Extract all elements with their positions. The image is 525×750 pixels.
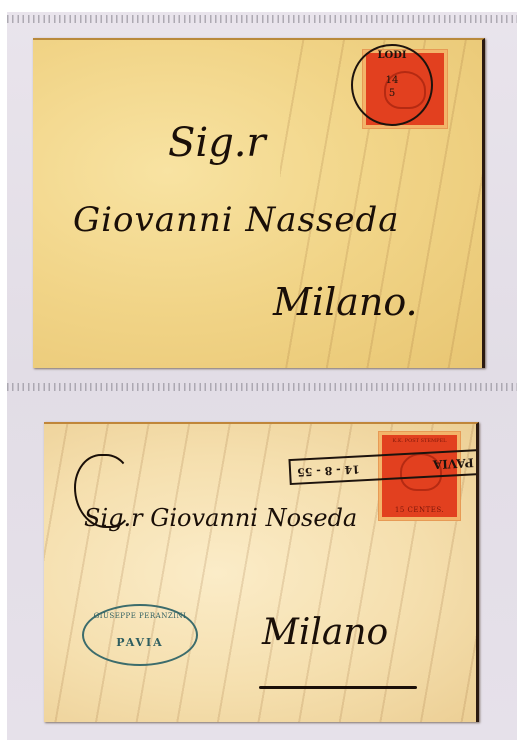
- address-city: Milano: [262, 612, 388, 653]
- album-perforation-middle: [7, 383, 517, 391]
- sender-name: GIUSEPPE PERANZINI: [84, 612, 196, 620]
- postmark-day: 14: [353, 74, 431, 87]
- sender-oval-stamp: GIUSEPPE PERANZINI PAVIA: [82, 604, 198, 666]
- address-salutation: Sig.r: [168, 120, 266, 166]
- album-perforation-top: [7, 15, 517, 23]
- address-name: Sig.r Giovanni Noseda: [84, 504, 357, 532]
- circular-postmark: LODI 14 5: [351, 44, 433, 126]
- sender-town: PAVIA: [84, 636, 196, 649]
- postmark-town: LODI: [353, 50, 431, 61]
- stamp-value: 15 CENTES.: [382, 506, 457, 514]
- address-city: Milano.: [273, 280, 418, 324]
- city-underline: [259, 686, 417, 689]
- cover-lodi: LODI 14 5 Sig.r Giovanni Nasseda Milano.: [33, 38, 485, 368]
- cover-pavia: K.K. POST STEMPEL 15 CENTES. 14 - 8 - 55…: [44, 422, 479, 722]
- stamp-top-text: K.K. POST STEMPEL: [382, 438, 457, 444]
- postmark-date: 14 5: [353, 74, 431, 100]
- postmark-date: 14 - 8 - 55: [291, 462, 366, 479]
- address-name: Giovanni Nasseda: [73, 200, 400, 240]
- postmark-town: PAVIA: [428, 455, 479, 472]
- postmark-month: 5: [353, 87, 431, 100]
